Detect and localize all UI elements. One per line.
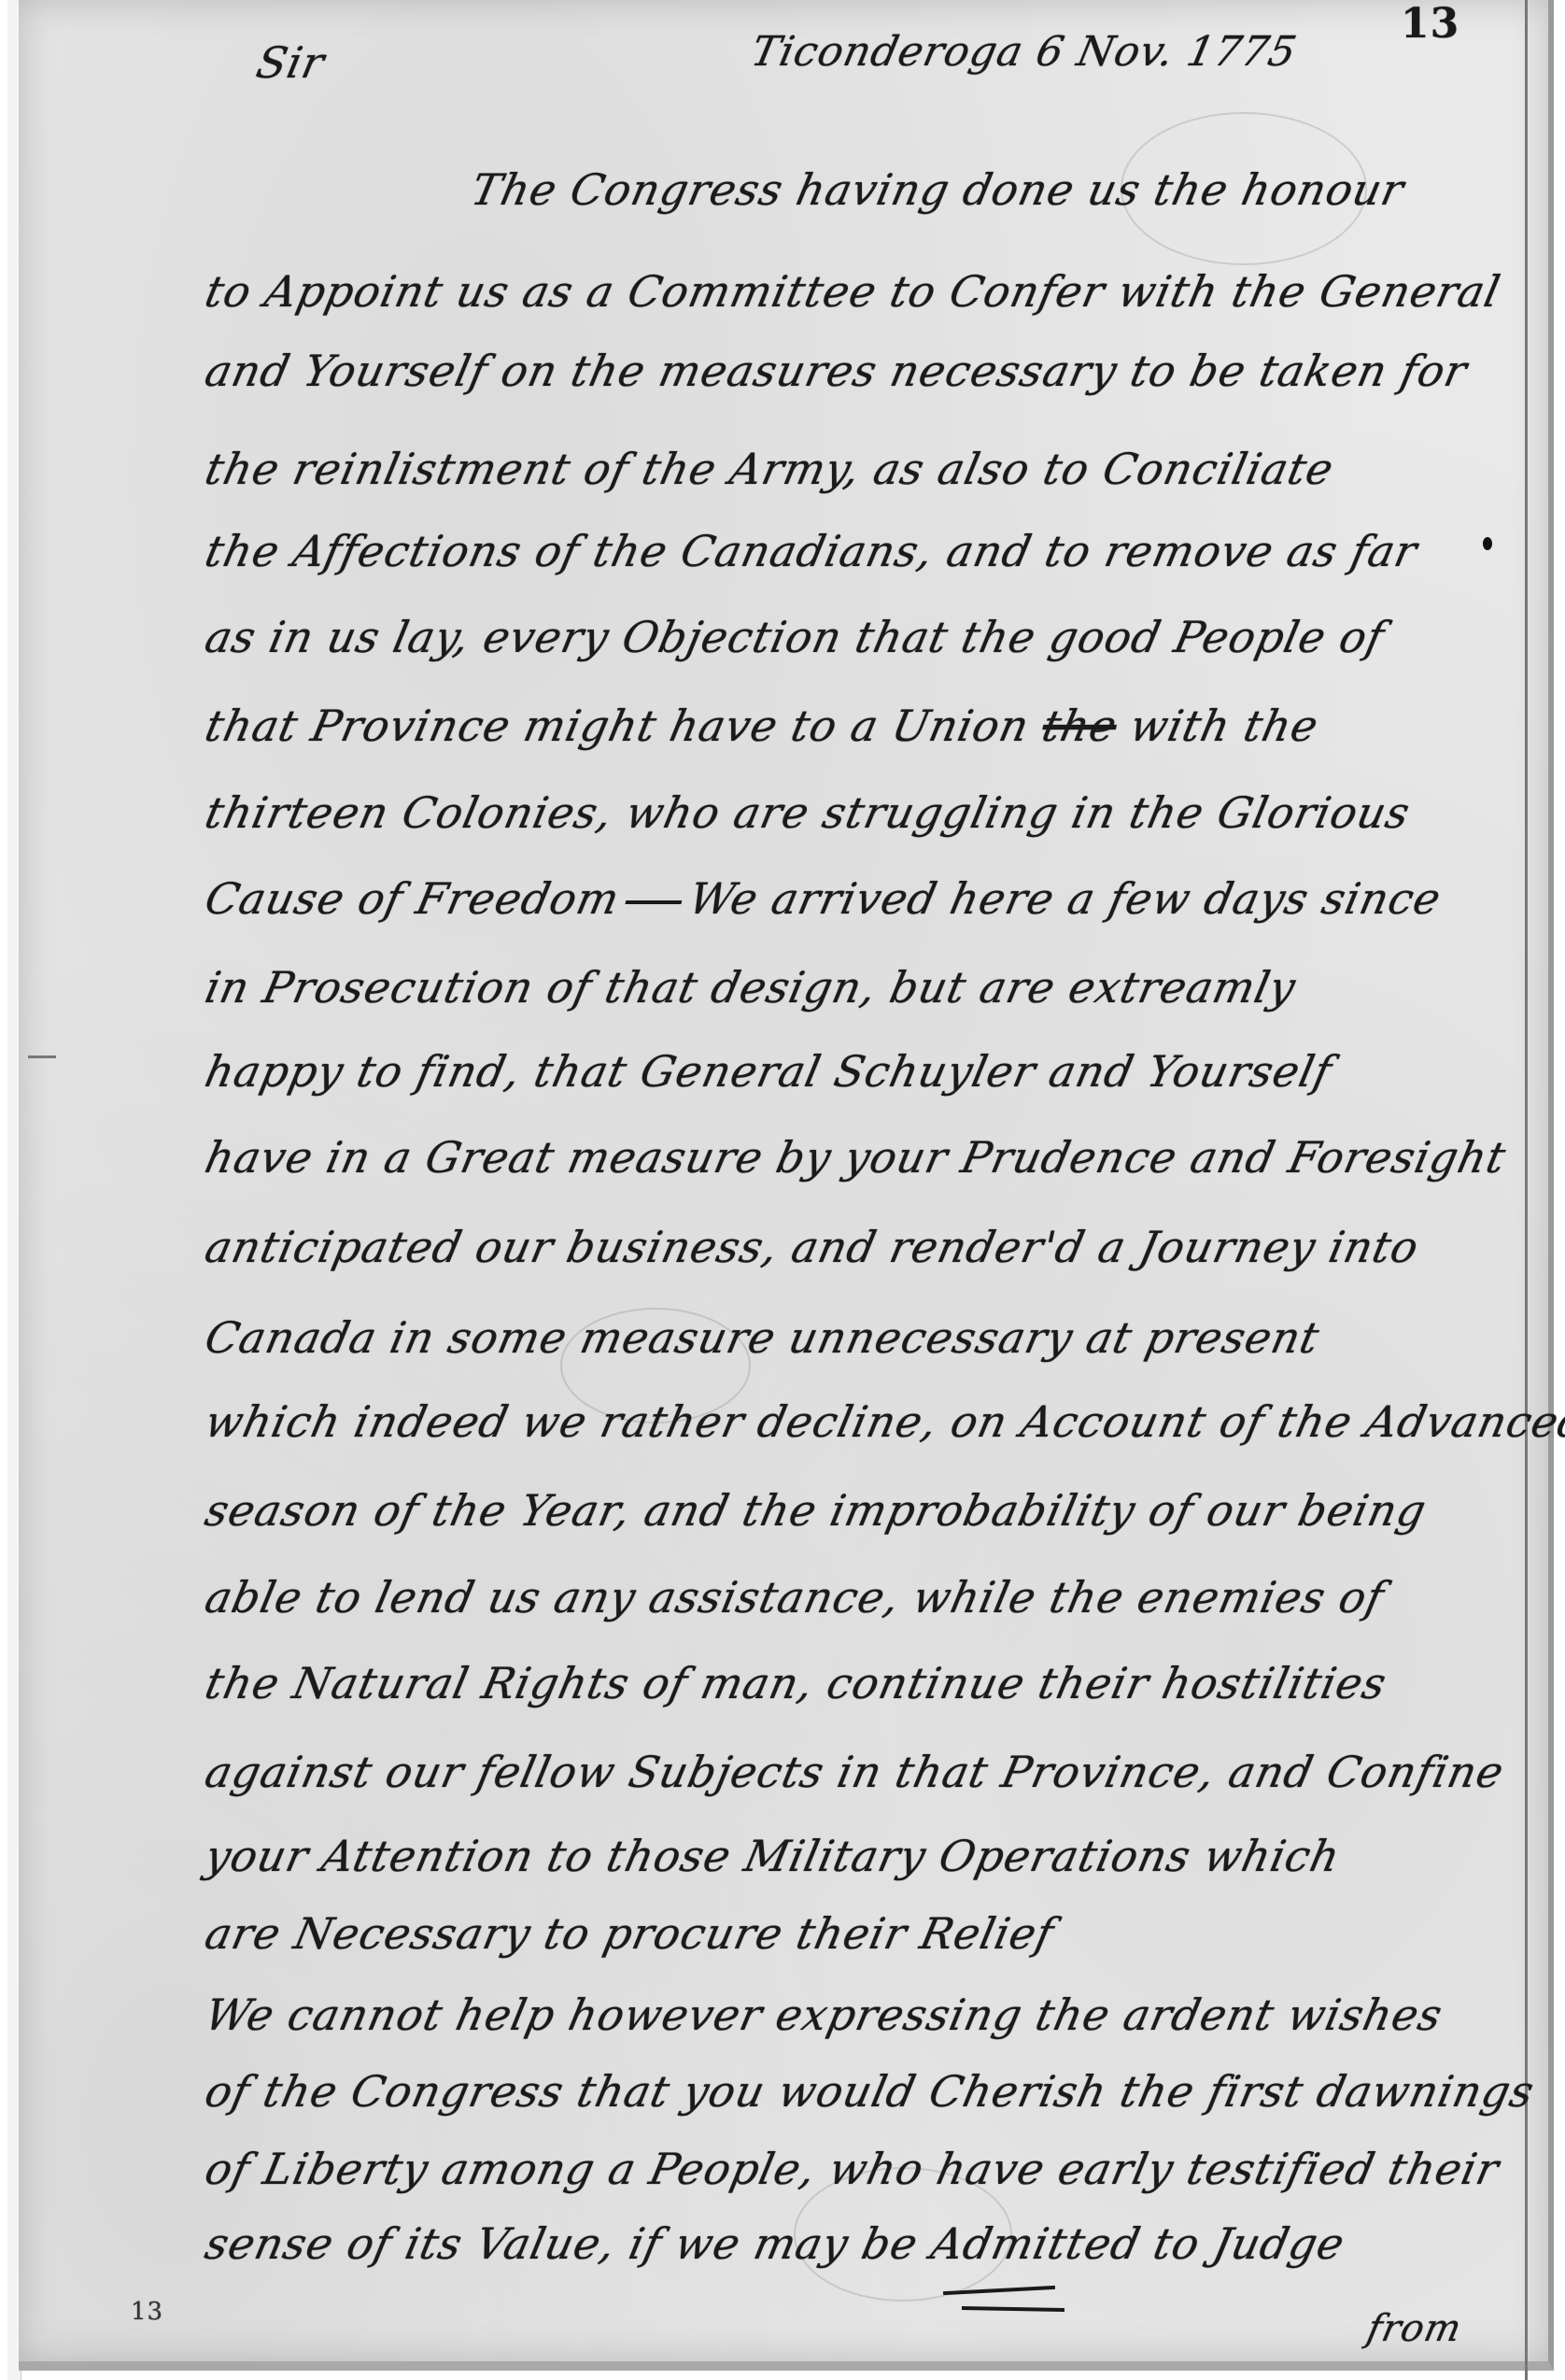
salutation: Sir [252, 37, 330, 88]
body-line-5: the Affections of the Canadians, and to … [201, 526, 1422, 576]
body-line-9-text: Cause of Freedom [201, 873, 625, 924]
body-line-13: anticipated our business, and render'd a… [201, 1222, 1424, 1272]
ink-blot [1483, 537, 1492, 550]
body-line-6: as in us lay, every Objection that the g… [201, 612, 1389, 662]
body-line-17: able to lend us any assistance, while th… [201, 1572, 1389, 1622]
body-line-12: have in a Great measure by your Prudence… [201, 1132, 1511, 1183]
body-line-14: Canada in some measure unnecessary at pr… [201, 1312, 1324, 1363]
body-line-24: of Liberty among a People, who have earl… [201, 2144, 1503, 2194]
body-line-16: season of the Year, and the improbabilit… [201, 1485, 1431, 1536]
body-line-7: that Province might have to a Union the … [201, 701, 1323, 751]
place-and-date: Ticonderoga 6 Nov. 1775 [747, 28, 1301, 76]
body-line-11: happy to find, that General Schuyler and… [201, 1046, 1337, 1097]
body-line-19: against our fellow Subjects in that Prov… [201, 1747, 1509, 1797]
body-line-18: the Natural Rights of man, continue thei… [201, 1658, 1391, 1708]
body-line-23: of the Congress that you would Cherish t… [201, 2066, 1539, 2117]
body-line-3: and Yourself on the measures necessary t… [201, 346, 1472, 396]
struck-word: the [1038, 701, 1122, 751]
dash-mark [626, 900, 683, 904]
folio-number: 13 [131, 2298, 163, 2326]
body-line-20: your Attention to those Military Operati… [201, 1831, 1345, 1881]
page-number: 13 [1401, 0, 1459, 48]
catchword: from [1363, 2307, 1466, 2350]
body-line-7-text: that Province might have to a Union [201, 701, 1034, 751]
body-line-21: are Necessary to procure their Relief [201, 1908, 1059, 1959]
body-line-9-tail: We arrived here a few days since [684, 873, 1445, 924]
body-line-25: sense of its Value, if we may be Admitte… [201, 2218, 1349, 2269]
body-line-15: which indeed we rather decline, on Accou… [201, 1396, 1565, 1447]
body-line-7-tail: with the [1125, 701, 1323, 751]
page-right-edge [1525, 0, 1528, 2380]
body-line-2: to Appoint us as a Committee to Confer w… [201, 266, 1505, 317]
body-line-22: We cannot help however expressing the ar… [201, 1990, 1447, 2040]
margin-tick-mark [28, 1055, 56, 1058]
body-line-1: The Congress having done us the honour [467, 164, 1409, 215]
body-line-10: in Prosecution of that design, but are e… [201, 962, 1301, 1013]
body-line-9: Cause of FreedomWe arrived here a few da… [201, 873, 1445, 924]
body-line-8: thirteen Colonies, who are struggling in… [201, 787, 1415, 838]
body-line-4: the reinlistment of the Army, as also to… [201, 444, 1338, 494]
